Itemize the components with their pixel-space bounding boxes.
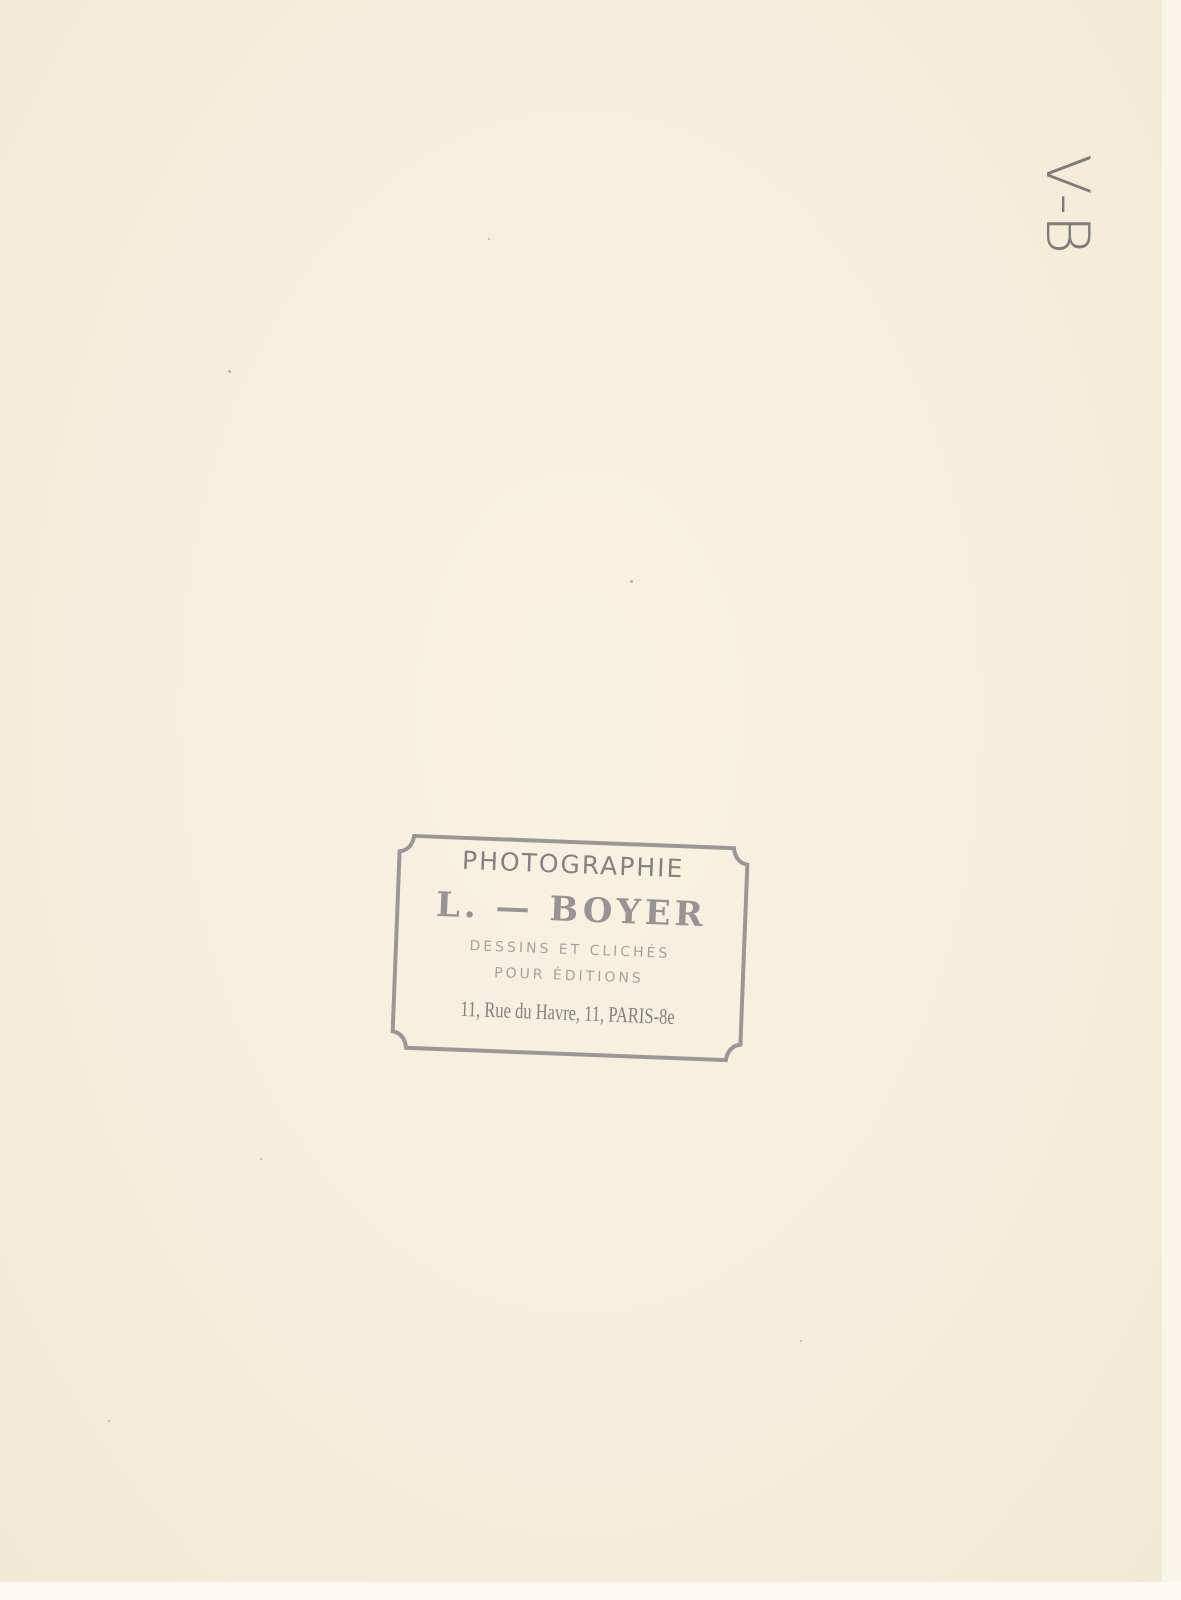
photo-back-paper [0, 0, 1162, 1582]
scan-margin-right [1162, 0, 1181, 1582]
paper-speck [108, 1420, 110, 1422]
paper-speck [800, 1340, 802, 1342]
paper-speck [260, 1158, 262, 1160]
handwritten-mark: V-B [1002, 150, 1132, 260]
paper-speck [488, 238, 490, 240]
paper-speck [228, 370, 231, 373]
photographer-stamp: PHOTOGRAPHIE L. — BOYER DESSINS ET CLICH… [388, 831, 752, 1065]
scan-margin-bottom [0, 1582, 1181, 1600]
paper-speck [630, 580, 633, 583]
